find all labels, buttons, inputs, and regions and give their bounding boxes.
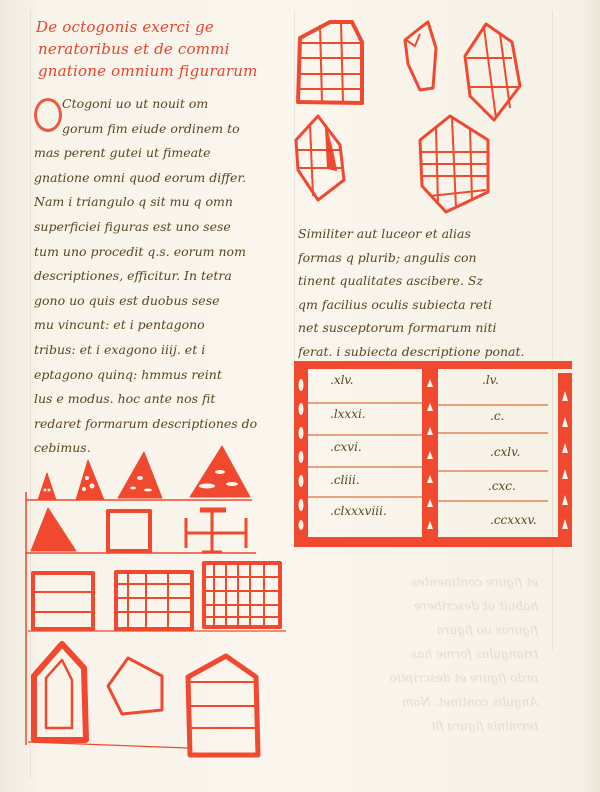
triangle-row xyxy=(38,446,250,500)
cross-frame-figure xyxy=(186,510,246,553)
square-figure xyxy=(108,511,150,551)
banded-rectangle-figure xyxy=(33,573,93,629)
banded-house-figure xyxy=(188,656,258,755)
manuscript-page: De octogonis exerci ge neratoribus et de… xyxy=(0,0,600,792)
bottom-left-figures xyxy=(0,0,600,792)
grid-5x4-figure xyxy=(116,572,192,629)
nested-house-figure xyxy=(34,644,86,740)
solid-triangle-figure xyxy=(31,508,76,551)
pentagon-figure xyxy=(108,658,162,714)
grid-7x5-figure xyxy=(204,563,280,627)
